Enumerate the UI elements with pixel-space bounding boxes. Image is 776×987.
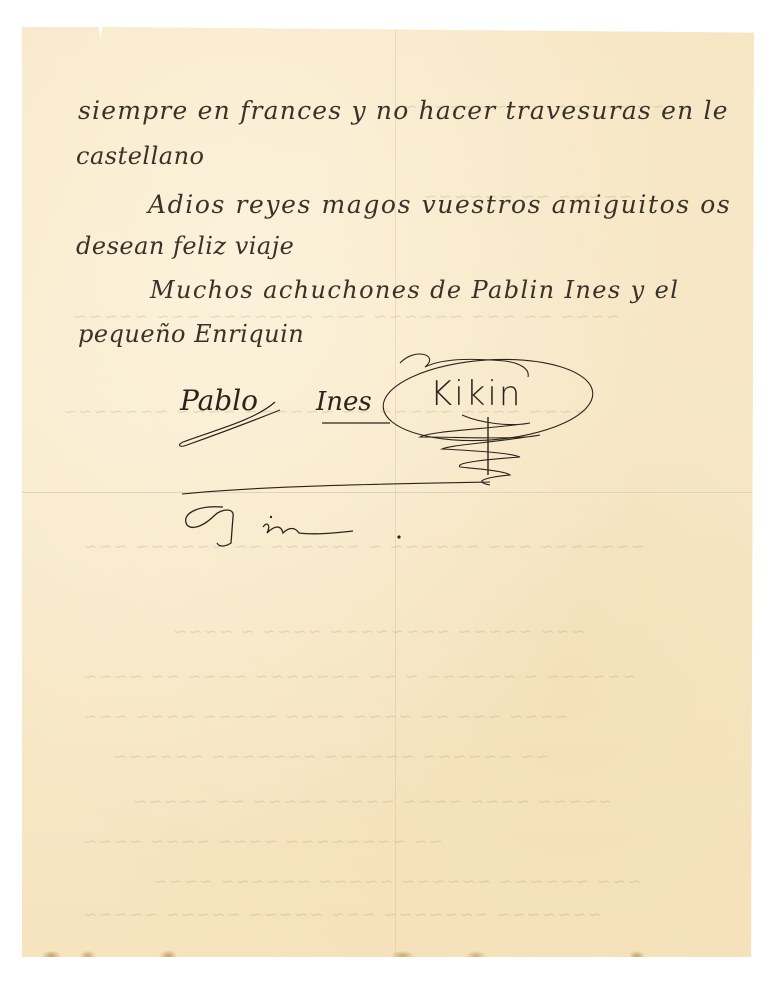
- bleed-through-text: ~~ ~~~~~~~~ ~~~~ ~~~~ ~~~~: [82, 832, 443, 852]
- bleed-through-text: ~~~~~ ~~~~ ~~~~ ~~~~ ~~~~~ ~~ ~~~~~: [132, 792, 613, 812]
- letter-line: desean feliz viaje: [76, 232, 294, 260]
- letter-line: siempre en frances y no hacer travesuras…: [78, 96, 729, 125]
- bottom-edge-stains: [22, 943, 754, 957]
- bleed-through-text: ~~~ ~~~~~ ~~~~~~~~ ~~~~ ~ ~~~~: [172, 622, 585, 642]
- signature-pablo-underline: [175, 400, 285, 450]
- letter-line: castellano: [76, 142, 204, 170]
- bleed-through-text: ~~~ ~~~~~~ ~~~~~~ ~~~~~ ~~~~~~ ~~~~: [152, 872, 641, 892]
- bleed-through-text: ~~~~~~ ~ ~~~~~~ ~ ~~ ~~~~~~~ ~~~~ ~~ ~~~…: [82, 667, 636, 687]
- closing-fin-mark: [175, 495, 415, 555]
- letter-line: Muchos achuchones de Pablin Ines y el: [150, 276, 679, 304]
- bleed-through-text: ~~ ~~~~~~ ~~~~~~ ~~~~~~~ ~~~~~~: [112, 747, 549, 767]
- letter-line: pequeño Enriquin: [78, 320, 304, 348]
- signature-ines: Ines: [316, 387, 372, 417]
- bleed-through-text: ~~~~~~~ ~~~~~~~ ~~~ ~~~~~ ~~~~~ ~~~~~: [82, 905, 602, 925]
- letter-line: Adios reyes magos vuestros amiguitos os: [148, 190, 731, 219]
- bleed-through-text: ~~~~ ~~~ ~~ ~~~~ ~~~~ ~~~~~ ~~~~ ~~~: [82, 707, 569, 727]
